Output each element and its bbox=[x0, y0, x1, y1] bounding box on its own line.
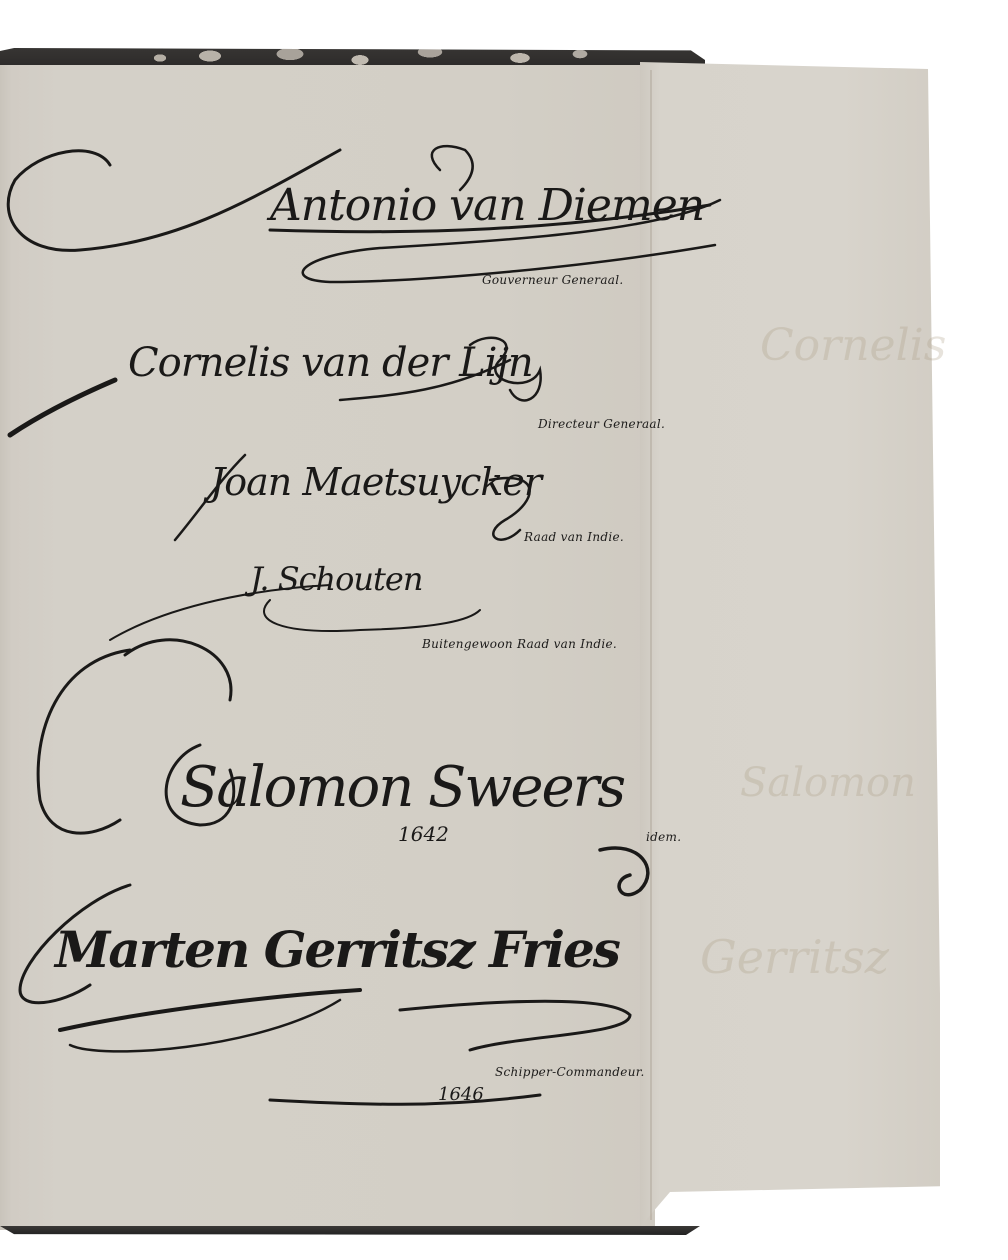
folded-plate-right bbox=[640, 62, 940, 1227]
show-through-text: Cornelis bbox=[760, 320, 946, 371]
title-gouverneur-generaal: Gouverneur Generaal. bbox=[482, 273, 623, 287]
fold-crease bbox=[650, 70, 652, 1220]
title-buitengewoon-raad-van-indie: Buitengewoon Raad van Indie. bbox=[422, 637, 617, 651]
signature-date-1646: 1646 bbox=[438, 1084, 484, 1105]
title-raad-van-indie: Raad van Indie. bbox=[524, 530, 624, 544]
signature-date-1642: 1642 bbox=[398, 822, 449, 846]
show-through-text: Gerritsz bbox=[700, 930, 889, 984]
book-cover-bottom-edge bbox=[0, 1226, 700, 1235]
signature-joan-maetsuycker: Joan Maetsuycker bbox=[210, 460, 541, 504]
title-idem: idem. bbox=[646, 830, 681, 844]
signature-cornelis-van-der-lijn: Cornelis van der Lijn bbox=[128, 340, 533, 386]
title-schipper-commandeur: Schipper-Commandeur. bbox=[495, 1065, 645, 1079]
signature-antonio-van-diemen: Antonio van Diemen bbox=[270, 180, 704, 231]
signature-marten-gerritsz-fries: Marten Gerritsz Fries bbox=[55, 920, 619, 979]
title-directeur-generaal: Directeur Generaal. bbox=[538, 417, 665, 431]
show-through-text: Salomon bbox=[740, 760, 916, 806]
signature-salomon-sweers: Salomon Sweers bbox=[180, 755, 624, 820]
signature-j-schouten: J. Schouten bbox=[250, 560, 422, 598]
